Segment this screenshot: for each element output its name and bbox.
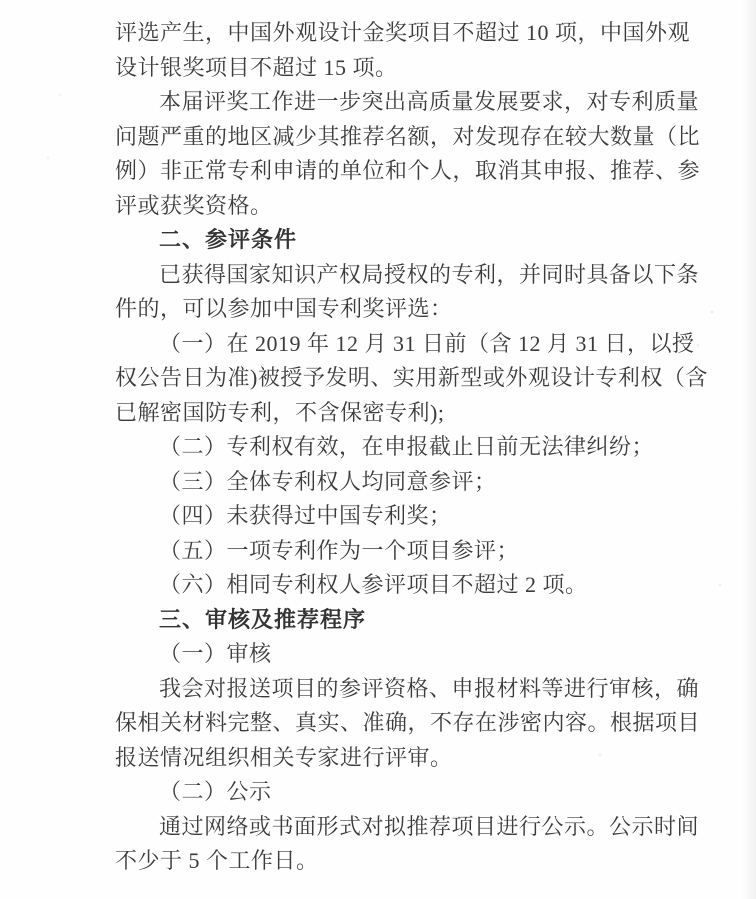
text-line: 不少于 5 个工作日。 (115, 844, 675, 879)
text-line: 设计银奖项目不超过 15 项。 (115, 51, 675, 86)
text-line: （一）审核 (115, 637, 675, 672)
text-line: 通过网络或书面形式对拟推荐项目进行公示。公示时间 (115, 810, 675, 845)
text-line: （一）在 2019 年 12 月 31 日前（含 12 月 31 日，以授 (115, 327, 675, 362)
text-line: （二）公示 (115, 775, 675, 810)
text-line: 例）非正常专利申请的单位和个人，取消其申报、推荐、参 (115, 154, 675, 189)
text-line: （六）相同专利权人参评项目不超过 2 项。 (115, 568, 675, 603)
document-body: 评选产生，中国外观设计金奖项目不超过 10 项，中国外观设计银奖项目不超过 15… (115, 16, 675, 879)
heading-line: 三、审核及推荐程序 (115, 603, 675, 638)
text-line: 评或获奖资格。 (115, 189, 675, 224)
heading-line: 二、参评条件 (115, 223, 675, 258)
text-line: 已解密国防专利，不含保密专利); (115, 396, 675, 431)
text-line: 权公告日为准)被授予发明、实用新型或外观设计专利权（含 (115, 361, 675, 396)
text-line: 已获得国家知识产权局授权的专利，并同时具备以下条 (115, 258, 675, 293)
text-line: （五）一项专利作为一个项目参评； (115, 534, 675, 569)
text-line: 本届评奖工作进一步突出高质量发展要求，对专利质量 (115, 85, 675, 120)
text-line: （三）全体专利权人均同意参评； (115, 465, 675, 500)
text-line: 评选产生，中国外观设计金奖项目不超过 10 项，中国外观 (115, 16, 675, 51)
text-line: （四）未获得过中国专利奖； (115, 499, 675, 534)
document-page: 评选产生，中国外观设计金奖项目不超过 10 项，中国外观设计银奖项目不超过 15… (0, 0, 756, 899)
text-line: 件的，可以参加中国专利奖评选： (115, 292, 675, 327)
text-line: （二）专利权有效，在申报截止日前无法律纠纷； (115, 430, 675, 465)
text-line: 保相关材料完整、真实、准确，不存在涉密内容。根据项目 (115, 706, 675, 741)
text-line: 问题严重的地区减少其推荐名额，对发现存在较大数量（比 (115, 120, 675, 155)
text-line: 报送情况组织相关专家进行评审。 (115, 741, 675, 776)
text-line: 我会对报送项目的参评资格、申报材料等进行审核，确 (115, 672, 675, 707)
